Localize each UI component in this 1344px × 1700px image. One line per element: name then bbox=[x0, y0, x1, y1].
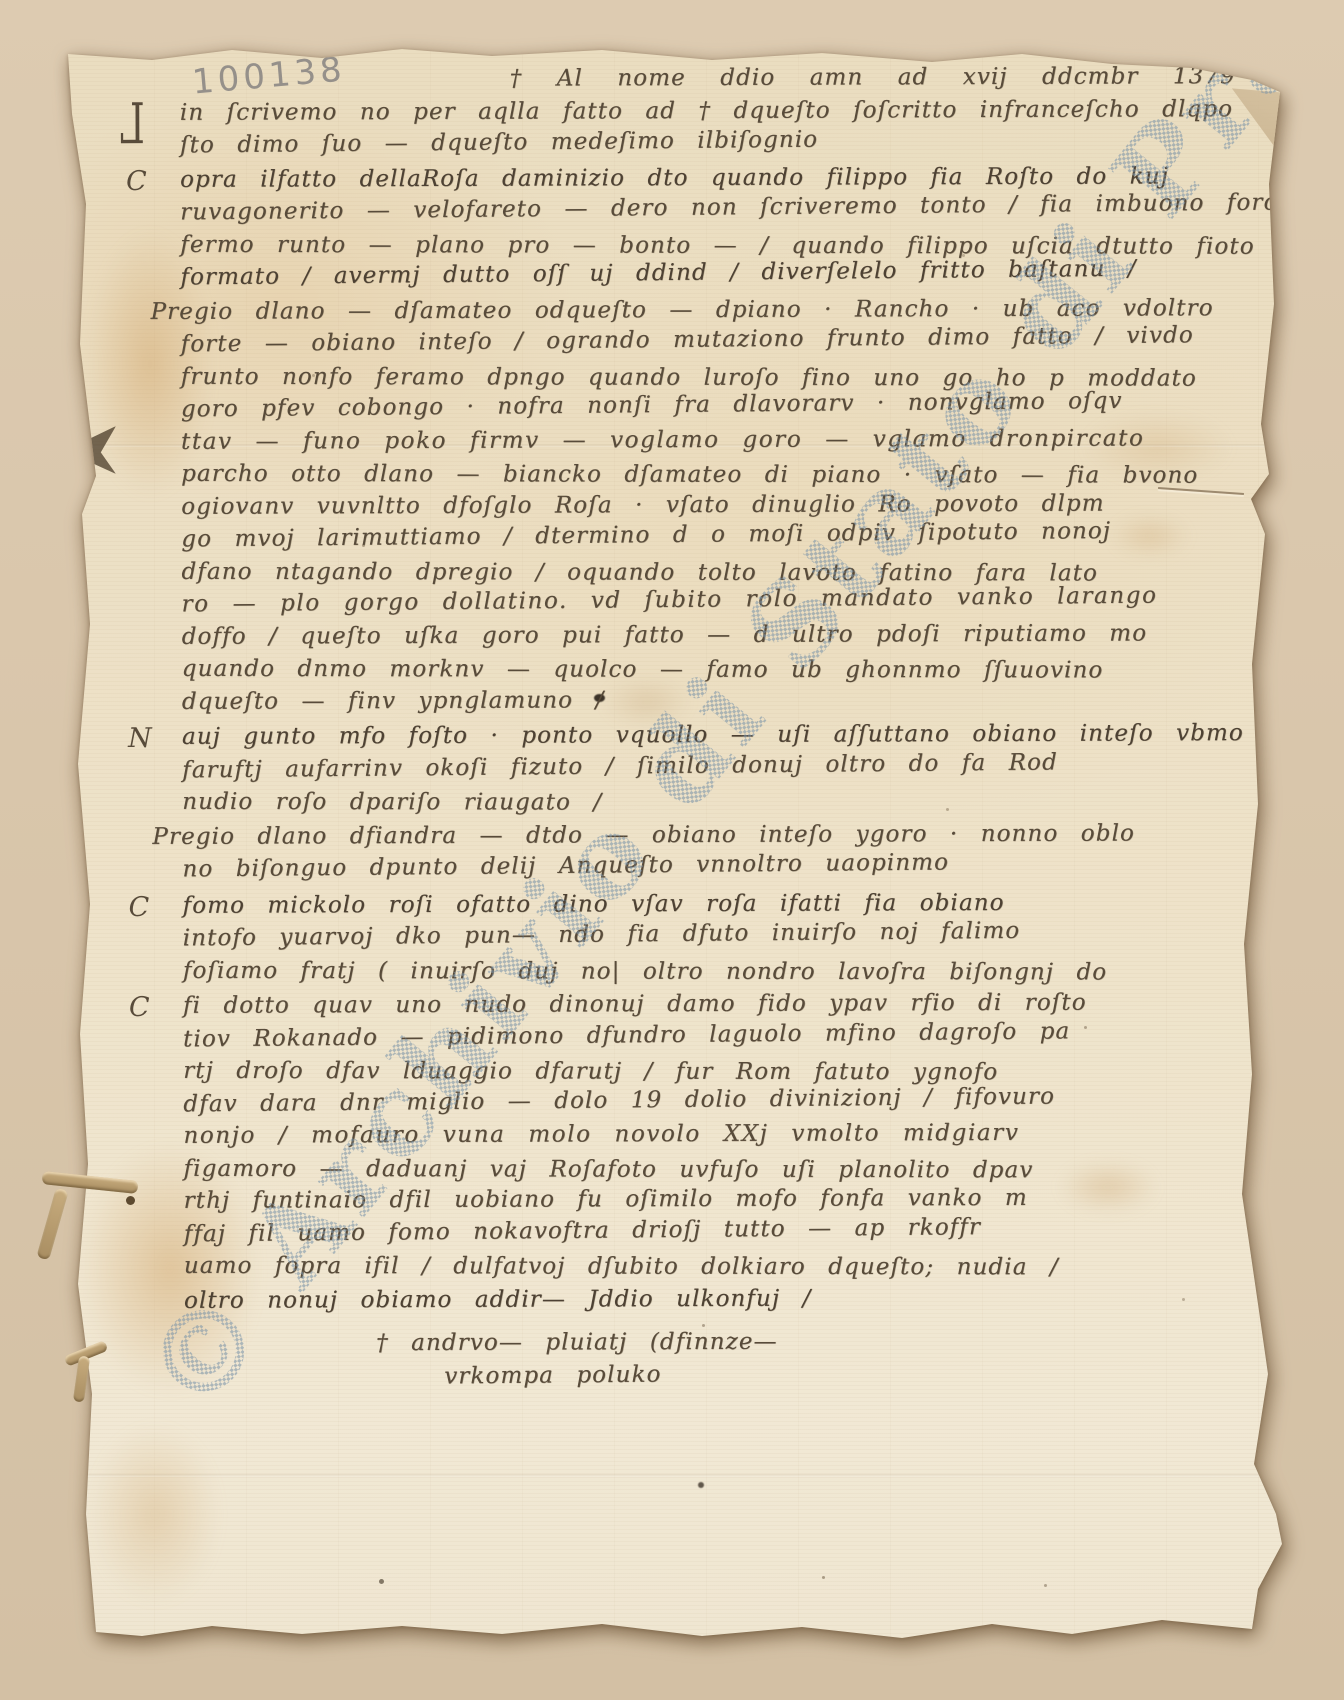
binding-hole bbox=[68, 1050, 74, 1056]
letter-heading: † Al nome ddio amn ad xvij ddcmbr 1379 bbox=[180, 60, 1226, 96]
manuscript-scan: 100138 † Al nome ddio amn ad xvij ddcmbr… bbox=[0, 0, 1344, 1700]
paper-shadow: 100138 † Al nome ddio amn ad xvij ddcmbr… bbox=[0, 0, 1344, 1700]
letter-paragraph: L in ſcrivemo no per aqlla fatto ad † dq… bbox=[180, 93, 1226, 162]
paper-specks bbox=[62, 44, 65, 47]
paragraph-mark: C bbox=[129, 891, 151, 922]
fold-crease bbox=[62, 1474, 1284, 1477]
paper-stain bbox=[90, 1424, 220, 1604]
paragraph-mark: C bbox=[129, 992, 151, 1023]
signature-line: vrkompa poluko bbox=[444, 1353, 1230, 1393]
manuscript-line: ttav — funo poko firmv — voglamo goro — … bbox=[181, 422, 1227, 458]
paragraph-mark: L bbox=[119, 91, 145, 157]
manuscript-page: 100138 † Al nome ddio amn ad xvij ddcmbr… bbox=[62, 44, 1284, 1650]
ink-blot-edge bbox=[76, 426, 116, 474]
paragraph-mark: C bbox=[126, 165, 148, 196]
letter-paragraph: C fomo mickolo roſi ofatto dino vſav roſ… bbox=[183, 886, 1229, 987]
manuscript-line: foſiamo fratj ( inuirſo duj no| oltro no… bbox=[183, 954, 1229, 988]
signature-block: † andrvo— pluiatj (dfinnze— vrkompa polu… bbox=[184, 1324, 1230, 1393]
binding-hole bbox=[126, 1196, 135, 1205]
ink-blot bbox=[698, 1482, 704, 1488]
paragraph-mark: N bbox=[128, 723, 153, 754]
